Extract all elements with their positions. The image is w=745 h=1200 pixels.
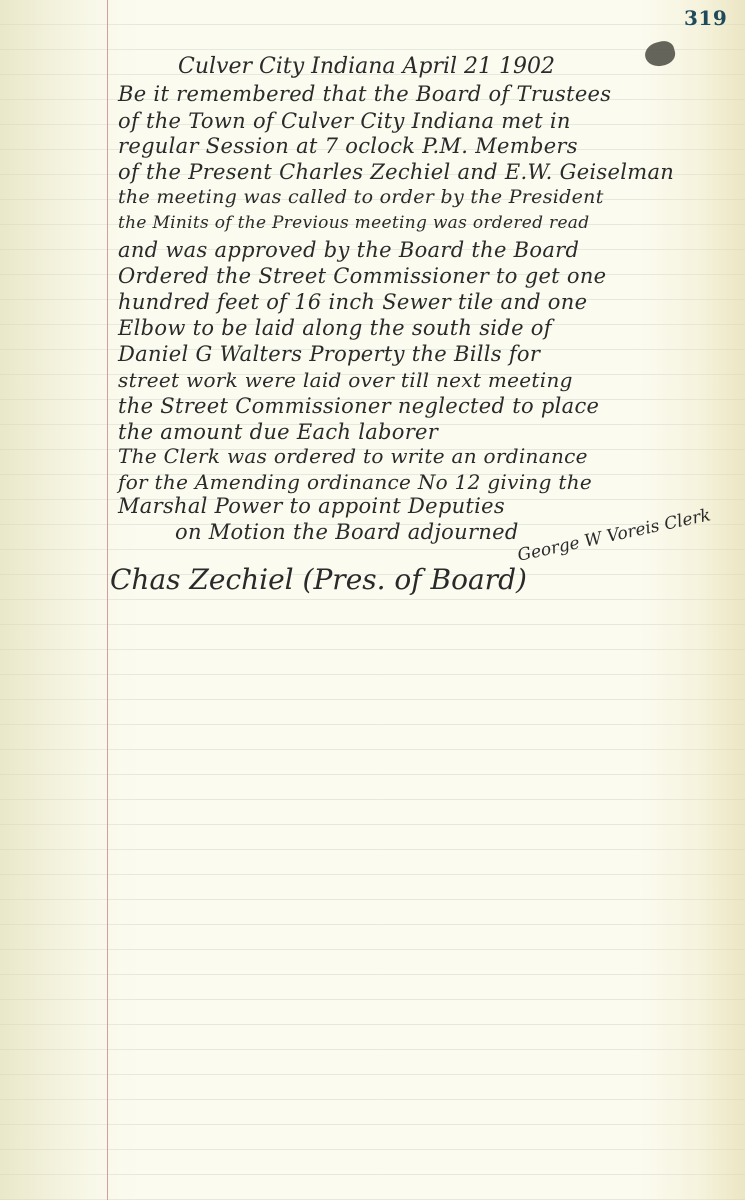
minutes-line: and was approved by the Board the Board xyxy=(118,240,579,261)
clerk-signature: George W Voreis Clerk xyxy=(516,507,712,565)
minutes-line: the amount due Each laborer xyxy=(118,422,438,443)
minutes-line: Marshal Power to appoint Deputies xyxy=(118,496,505,517)
minutes-line: Daniel G Walters Property the Bills for xyxy=(118,344,540,365)
ledger-page: 319 Culver City Indiana April 21 1902 Be… xyxy=(0,0,745,1200)
margin-rule xyxy=(107,0,108,1200)
minutes-line: Elbow to be laid along the south side of xyxy=(118,318,552,339)
ink-blot xyxy=(642,39,677,70)
minutes-line: the meeting was called to order by the P… xyxy=(118,188,604,207)
minutes-line: Ordered the Street Commissioner to get o… xyxy=(118,266,606,287)
minutes-line: Be it remembered that the Board of Trust… xyxy=(118,84,611,105)
minutes-line: the Minits of the Previous meeting was o… xyxy=(118,215,589,232)
minutes-line: for the Amending ordinance No 12 giving … xyxy=(118,472,592,492)
minutes-line: hundred feet of 16 inch Sewer tile and o… xyxy=(118,292,587,313)
minutes-line: the Street Commissioner neglected to pla… xyxy=(118,396,599,417)
minutes-line: street work were laid over till next mee… xyxy=(118,370,573,390)
minutes-heading: Culver City Indiana April 21 1902 xyxy=(178,56,555,78)
minutes-line: regular Session at 7 oclock P.M. Members xyxy=(118,136,578,157)
minutes-line: of the Town of Culver City Indiana met i… xyxy=(118,111,571,132)
page-number: 319 xyxy=(684,6,727,30)
president-signature: Chas Zechiel (Pres. of Board) xyxy=(110,566,527,594)
minutes-line: of the Present Charles Zechiel and E.W. … xyxy=(118,162,674,183)
minutes-line: The Clerk was ordered to write an ordina… xyxy=(118,446,588,466)
adjournment-line: on Motion the Board adjourned xyxy=(175,522,519,543)
